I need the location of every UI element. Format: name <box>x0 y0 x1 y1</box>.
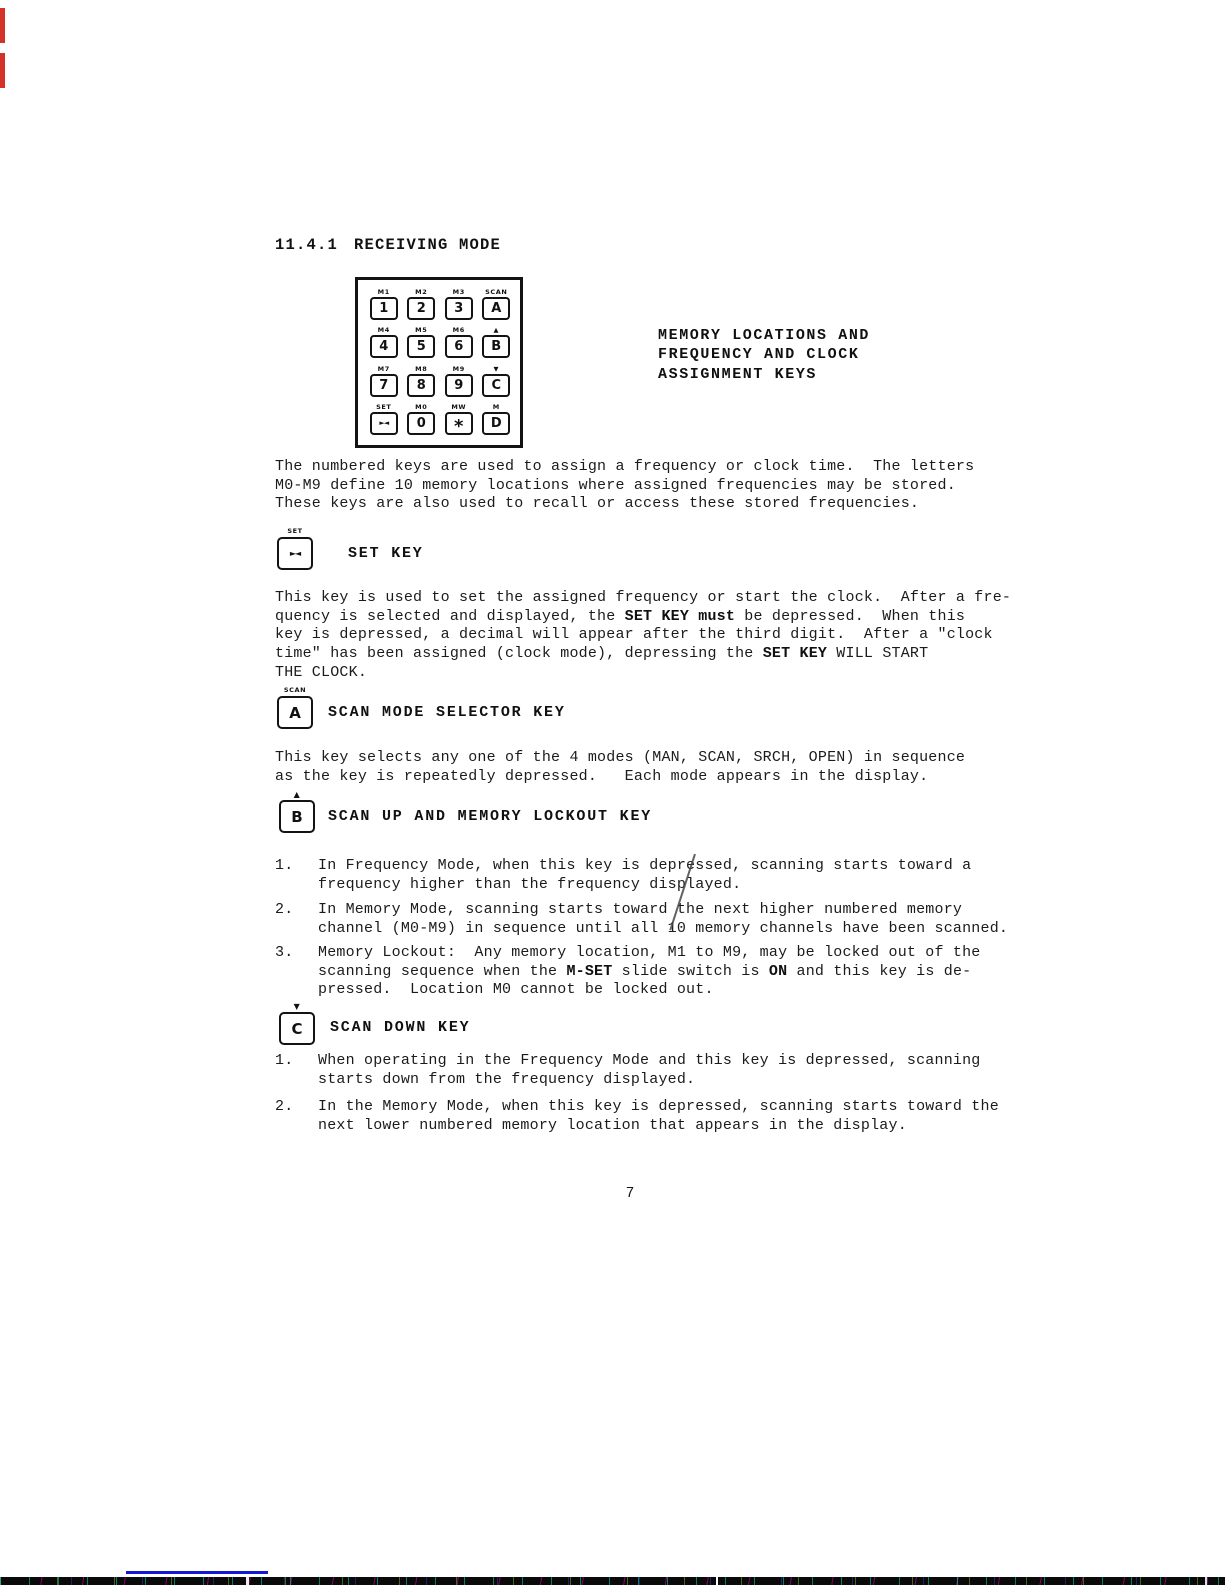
keypad-cell: M66 <box>440 326 478 364</box>
keypad-cell: M22 <box>403 288 441 326</box>
set-bowtie-icon: ►◄ <box>370 412 398 435</box>
up-arrow-icon: ▲ <box>493 326 499 334</box>
set-key-bold-text: SET KEY <box>763 645 827 662</box>
list-item-text: In the Memory Mode, when this key is dep… <box>318 1098 999 1135</box>
scan-up-key-heading: SCAN UP AND MEMORY LOCKOUT KEY <box>328 808 652 825</box>
keypad-key-c: C <box>482 374 510 397</box>
list-item: 1. In Frequency Mode, when this key is d… <box>275 857 971 894</box>
list-item-number: 1. <box>275 857 318 894</box>
keypad-key-2: 2 <box>407 297 435 320</box>
list-item-number: 1. <box>275 1052 318 1089</box>
keypad-cell: M55 <box>403 326 441 364</box>
keypad-diagram: M11 M22 M33 SCANA M44 M55 M66 ▲B M77 M88… <box>355 277 523 448</box>
keypad-cell: M00 <box>403 403 441 441</box>
down-arrow-icon: ▼ <box>277 1002 317 1011</box>
section-title: RECEIVING MODE <box>354 236 501 254</box>
scan-up-key-icon: ▲ B <box>277 790 317 833</box>
keypad-label-scan: SCAN <box>485 288 507 296</box>
keypad-cell: MW* <box>440 403 478 441</box>
page-number: 7 <box>560 1186 700 1202</box>
scan-up-key-letter: B <box>279 800 315 833</box>
scan-key-mini-label: SCAN <box>275 686 315 695</box>
keypad-key-d: D <box>482 412 510 435</box>
up-arrow-icon: ▲ <box>277 790 317 799</box>
list-item-bold-segment: M-SET <box>566 963 612 980</box>
set-key-icon: SET ►◄ <box>275 527 315 570</box>
keypad-cell: M99 <box>440 365 478 403</box>
keypad-key-9: 9 <box>445 374 473 397</box>
set-key-bold-text: SET KEY must <box>625 608 735 625</box>
list-item-segment: When operating in the Frequency Mode and… <box>318 1052 981 1088</box>
list-item-segment: In Frequency Mode, when this key is depr… <box>318 857 971 893</box>
keypad-label-m2: M2 <box>415 288 427 296</box>
keypad-key-7: 7 <box>370 374 398 397</box>
section-number: 11.4.1 <box>275 236 338 254</box>
keypad-cell: M88 <box>403 365 441 403</box>
list-item-segment: In Memory Mode, scanning starts toward t… <box>318 901 1008 937</box>
list-item-text: In Frequency Mode, when this key is depr… <box>318 857 971 894</box>
list-item-segment: slide switch is <box>612 963 768 980</box>
list-item: 1. When operating in the Frequency Mode … <box>275 1052 981 1089</box>
scan-edge-mark <box>0 53 5 88</box>
keypad-label-mw: MW <box>451 403 466 411</box>
keypad-label-m6: M6 <box>453 326 465 334</box>
keypad-label-m3: M3 <box>453 288 465 296</box>
keypad-cell: ▲B <box>478 326 516 364</box>
list-item-number: 2. <box>275 901 318 938</box>
list-item-segment: In the Memory Mode, when this key is dep… <box>318 1098 999 1134</box>
set-key-mini-label: SET <box>275 527 315 536</box>
list-item-number: 3. <box>275 944 318 1000</box>
list-item-text: When operating in the Frequency Mode and… <box>318 1052 981 1089</box>
intro-paragraph: The numbered keys are used to assign a f… <box>275 458 974 514</box>
list-item: 3. Memory Lockout: Any memory location, … <box>275 944 981 1000</box>
keypad-key-b: B <box>482 335 510 358</box>
keypad-cell: M77 <box>365 365 403 403</box>
keypad-key-5: 5 <box>407 335 435 358</box>
set-key-paragraph: This key is used to set the assigned fre… <box>275 589 1011 683</box>
keypad-label-set: SET <box>376 403 391 411</box>
keypad-key-4: 4 <box>370 335 398 358</box>
scan-key-letter: A <box>277 696 313 729</box>
keypad-cell: SET►◄ <box>365 403 403 441</box>
scan-key-icon: SCAN A <box>275 686 315 729</box>
keypad-key-a: A <box>482 297 510 320</box>
list-item: 2. In the Memory Mode, when this key is … <box>275 1098 999 1135</box>
list-item-bold-segment: ON <box>769 963 787 980</box>
keypad-key-1: 1 <box>370 297 398 320</box>
keypad-label-m8: M8 <box>415 365 427 373</box>
keypad-key-3: 3 <box>445 297 473 320</box>
keypad-cell: M44 <box>365 326 403 364</box>
blue-underline-mark <box>126 1571 268 1574</box>
keypad-label-m4: M4 <box>378 326 390 334</box>
scan-key-paragraph: This key selects any one of the 4 modes … <box>275 749 965 786</box>
keypad-cell: ▼C <box>478 365 516 403</box>
keypad-cell: M11 <box>365 288 403 326</box>
keypad-label-m9: M9 <box>453 365 465 373</box>
keypad-key-8: 8 <box>407 374 435 397</box>
scan-noise-strip <box>0 1577 1225 1585</box>
keypad-key-6: 6 <box>445 335 473 358</box>
keypad-key-0: 0 <box>407 412 435 435</box>
keypad-label-m7: M7 <box>378 365 390 373</box>
keypad-label-m: M <box>493 403 500 411</box>
set-bowtie-icon: ►◄ <box>277 537 313 570</box>
keypad-cell: MD <box>478 403 516 441</box>
keypad-caption: MEMORY LOCATIONS AND FREQUENCY AND CLOCK… <box>658 326 870 384</box>
scanned-manual-page: 11.4.1RECEIVING MODE M11 M22 M33 SCANA M… <box>0 0 1225 1585</box>
list-item-text: Memory Lockout: Any memory location, M1 … <box>318 944 981 1000</box>
keypad-cell: SCANA <box>478 288 516 326</box>
scan-edge-mark <box>0 8 5 43</box>
keypad-cell: M33 <box>440 288 478 326</box>
section-heading: 11.4.1RECEIVING MODE <box>275 236 501 254</box>
keypad-label-m5: M5 <box>415 326 427 334</box>
list-item-number: 2. <box>275 1098 318 1135</box>
set-key-heading: SET KEY <box>348 545 424 562</box>
asterisk-icon: * <box>445 412 473 435</box>
scan-key-heading: SCAN MODE SELECTOR KEY <box>328 704 566 721</box>
scan-down-key-heading: SCAN DOWN KEY <box>330 1019 470 1036</box>
list-item: 2. In Memory Mode, scanning starts towar… <box>275 901 1008 938</box>
scan-down-key-icon: ▼ C <box>277 1002 317 1045</box>
keypad-label-m1: M1 <box>378 288 390 296</box>
down-arrow-icon: ▼ <box>493 365 499 373</box>
keypad-label-m0: M0 <box>415 403 427 411</box>
list-item-text: In Memory Mode, scanning starts toward t… <box>318 901 1008 938</box>
scan-down-key-letter: C <box>279 1012 315 1045</box>
